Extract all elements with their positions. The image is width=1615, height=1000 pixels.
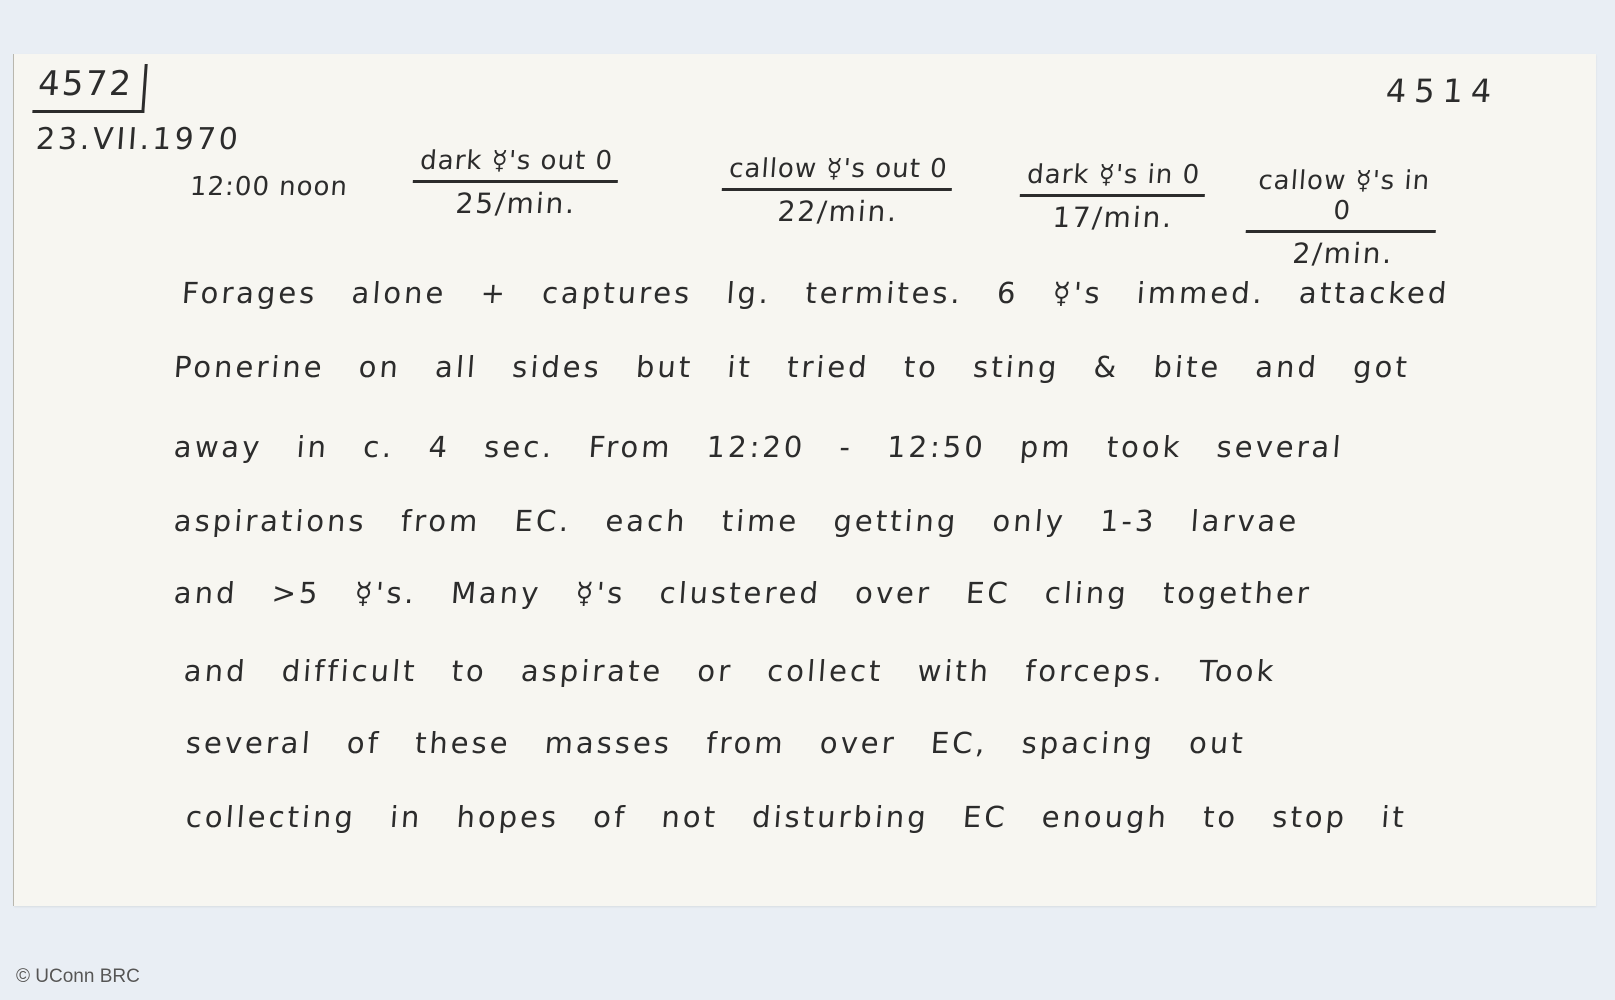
count-callow-in: callow ☿'s in 0 2/min. — [1248, 166, 1438, 270]
count-rate: 25/min. — [385, 187, 647, 220]
note-line: and >5 ☿'s. Many ☿'s clustered over EC c… — [173, 576, 1313, 610]
count-rate: 2/min. — [1247, 237, 1439, 270]
count-label: dark ☿'s in 0 — [1019, 160, 1206, 197]
note-line: Ponerine on all sides but it tried to st… — [173, 350, 1411, 384]
count-label: dark ☿'s out 0 — [412, 146, 619, 183]
count-rate: 22/min. — [721, 195, 955, 228]
observation-time: 12:00 noon — [189, 172, 349, 202]
count-rate: 17/min. — [1005, 201, 1221, 234]
note-line: aspirations from EC. each time getting o… — [173, 504, 1301, 538]
count-dark-out: dark ☿'s out 0 25/min. — [386, 146, 646, 220]
catalog-number: 4572 — [32, 64, 147, 113]
note-line: away in c. 4 sec. From 12:20 - 12:50 pm … — [173, 430, 1345, 464]
note-line: Forages alone + captures lg. termites. 6… — [181, 276, 1451, 310]
note-line: collecting in hopes of not disturbing EC… — [185, 800, 1408, 834]
count-label: callow ☿'s in 0 — [1246, 166, 1441, 233]
page: 4572 23.VII.1970 4514 12:00 noon dark ☿'… — [0, 0, 1615, 1000]
note-line: several of these masses from over EC, sp… — [185, 726, 1247, 760]
note-line: and difficult to aspirate or collect wit… — [183, 654, 1278, 688]
count-dark-in: dark ☿'s in 0 17/min. — [1006, 160, 1220, 234]
count-callow-out: callow ☿'s out 0 22/min. — [722, 154, 954, 228]
field-note-card: 4572 23.VII.1970 4514 12:00 noon dark ☿'… — [14, 54, 1596, 906]
page-number: 4514 — [1385, 72, 1501, 110]
count-label: callow ☿'s out 0 — [721, 154, 954, 191]
copyright-notice: © UConn BRC — [16, 966, 140, 988]
observation-date: 23.VII.1970 — [35, 122, 242, 157]
